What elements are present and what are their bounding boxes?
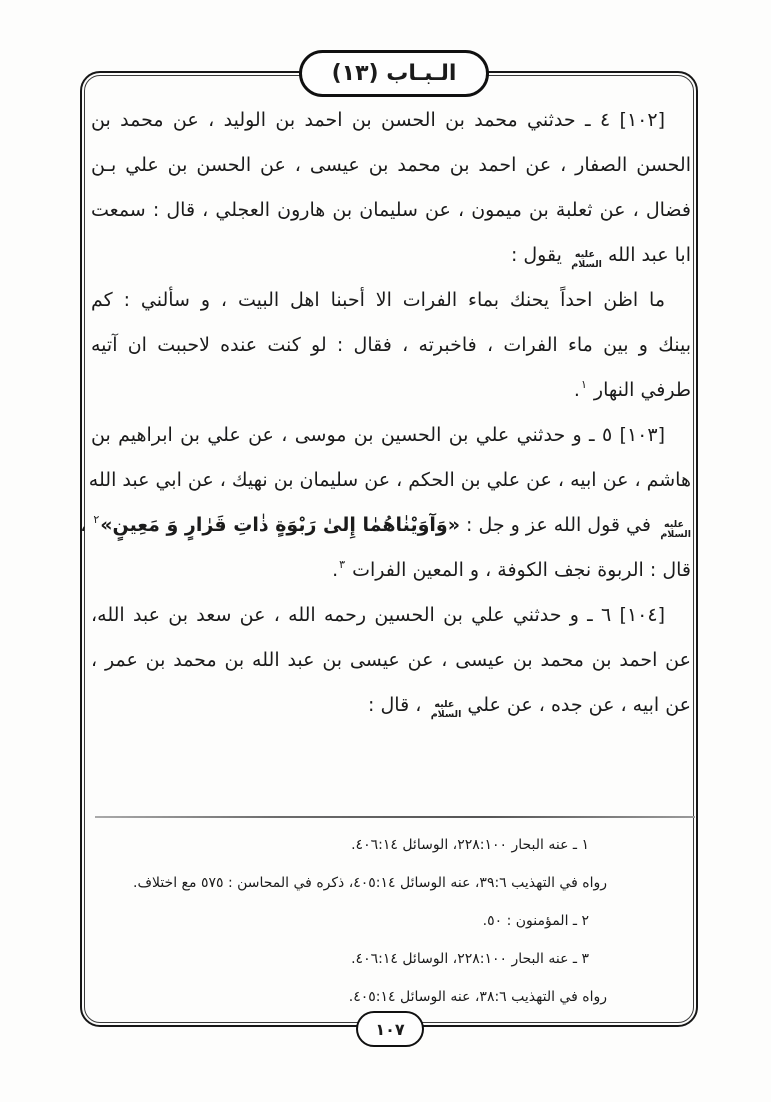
body-text-line: عليه السلام في قول الله عز و جل : «وَآوَ… [91,503,691,548]
alayhi-salam-symbol: عليه السلام [568,250,602,270]
text-run: فضال ، عن ثعلبة بن ميمون ، عن سليمان بن … [91,199,691,221]
footnotes-block: ١ ـ عنه البحار ٢٢٨:١٠٠، الوسائل ٤٠٦:١٤.ر… [93,826,607,1016]
body-text-line: قال : الربوة نجف الكوفة ، و المعين الفرا… [91,548,691,593]
footnote-line: ٢ ـ المؤمنون : ٥٠. [93,902,607,940]
page-number-cartouche: ١٠٧ [356,1011,424,1047]
body-text-line: ما اظن احداً يحنك بماء الفرات الا أحبنا … [91,278,691,323]
alayhi-salam-symbol: عليه السلام [427,700,461,720]
body-text-line: عن احمد بن محمد بن عيسى ، عن عيسى بن عبد… [91,638,691,683]
text-run: طرفي النهار [588,379,691,401]
body-text-line: الحسن الصفار ، عن احمد بن محمد بن عيسى ،… [91,143,691,188]
text-run: [١٠٢] ٤ ـ حدثني محمد بن الحسن بن احمد بن… [91,109,665,131]
body-text-line: عن ابيه ، عن جده ، عن علي عليه السلام ، … [91,683,691,728]
text-run: [١٠٤] ٦ ـ و حدثني علي بن الحسين رحمه الل… [91,604,665,626]
text-run: يقول : [511,244,568,266]
alayhi-salam-symbol: عليه السلام [657,520,691,540]
footnote-separator-line [95,816,695,818]
text-run: ما اظن احداً يحنك بماء الفرات الا أحبنا … [91,289,665,311]
chapter-header-cartouche: الـبـاب (١٣) [299,50,489,97]
footnote-line: رواه في التهذيب ٣٨:٦، عنه الوسائل ٤٠٥:١٤… [93,978,607,1016]
text-run: بينك و بين ماء الفرات ، فاخبرته ، فقال :… [91,334,691,356]
body-text-line: فضال ، عن ثعلبة بن ميمون ، عن سليمان بن … [91,188,691,233]
footnote-marker: ٣ [338,558,346,571]
body-text-line: [١٠٢] ٤ ـ حدثني محمد بن الحسن بن احمد بن… [91,98,691,143]
book-page: الـبـاب (١٣) [١٠٢] ٤ ـ حدثني محمد بن الح… [0,0,771,1102]
page-number: ١٠٧ [375,1020,404,1039]
text-run: هاشم ، عن ابيه ، عن علي بن الحكم ، عن سل… [89,469,691,491]
chapter-title: الـبـاب (١٣) [332,61,457,86]
text-run: ابا عبد الله [602,244,691,266]
body-text-line: طرفي النهار ١. [91,368,691,413]
text-run: في قول الله عز و جل : [460,514,657,536]
text-run: ، قال : [368,694,427,716]
footnote-marker: ٢ [92,513,100,526]
text-run: [١٠٣] ٥ ـ و حدثني علي بن الحسين بن موسى … [91,424,665,446]
body-text-line: [١٠٣] ٥ ـ و حدثني علي بن الحسين بن موسى … [91,413,691,458]
footnote-marker: ١ [580,378,588,391]
body-text-line: ابا عبد الله عليه السلام يقول : [91,233,691,278]
text-run: الحسن الصفار ، عن احمد بن محمد بن عيسى ،… [91,154,691,176]
body-text-line: [١٠٤] ٦ ـ و حدثني علي بن الحسين رحمه الل… [91,593,691,638]
body-text-line: هاشم ، عن ابيه ، عن علي بن الحكم ، عن سل… [91,458,691,503]
quran-quote: «وَآوَيْنٰاهُمٰا إِلىٰ رَبْوَةٍ ذٰاتِ قَ… [100,514,460,536]
text-run: عن احمد بن محمد بن عيسى ، عن عيسى بن عبد… [91,649,691,671]
footnote-line: ١ ـ عنه البحار ٢٢٨:١٠٠، الوسائل ٤٠٦:١٤. [93,826,607,864]
footnote-line: رواه في التهذيب ٣٩:٦، عنه الوسائل ٤٠٥:١٤… [93,864,607,902]
text-run: قال : الربوة نجف الكوفة ، و المعين الفرا… [346,559,691,581]
body-text-line: بينك و بين ماء الفرات ، فاخبرته ، فقال :… [91,323,691,368]
text-run: ، [80,514,92,536]
body-text-block: [١٠٢] ٤ ـ حدثني محمد بن الحسن بن احمد بن… [91,98,691,728]
text-run: عن ابيه ، عن جده ، عن علي [461,694,691,716]
footnote-line: ٣ ـ عنه البحار ٢٢٨:١٠٠، الوسائل ٤٠٦:١٤. [93,940,607,978]
